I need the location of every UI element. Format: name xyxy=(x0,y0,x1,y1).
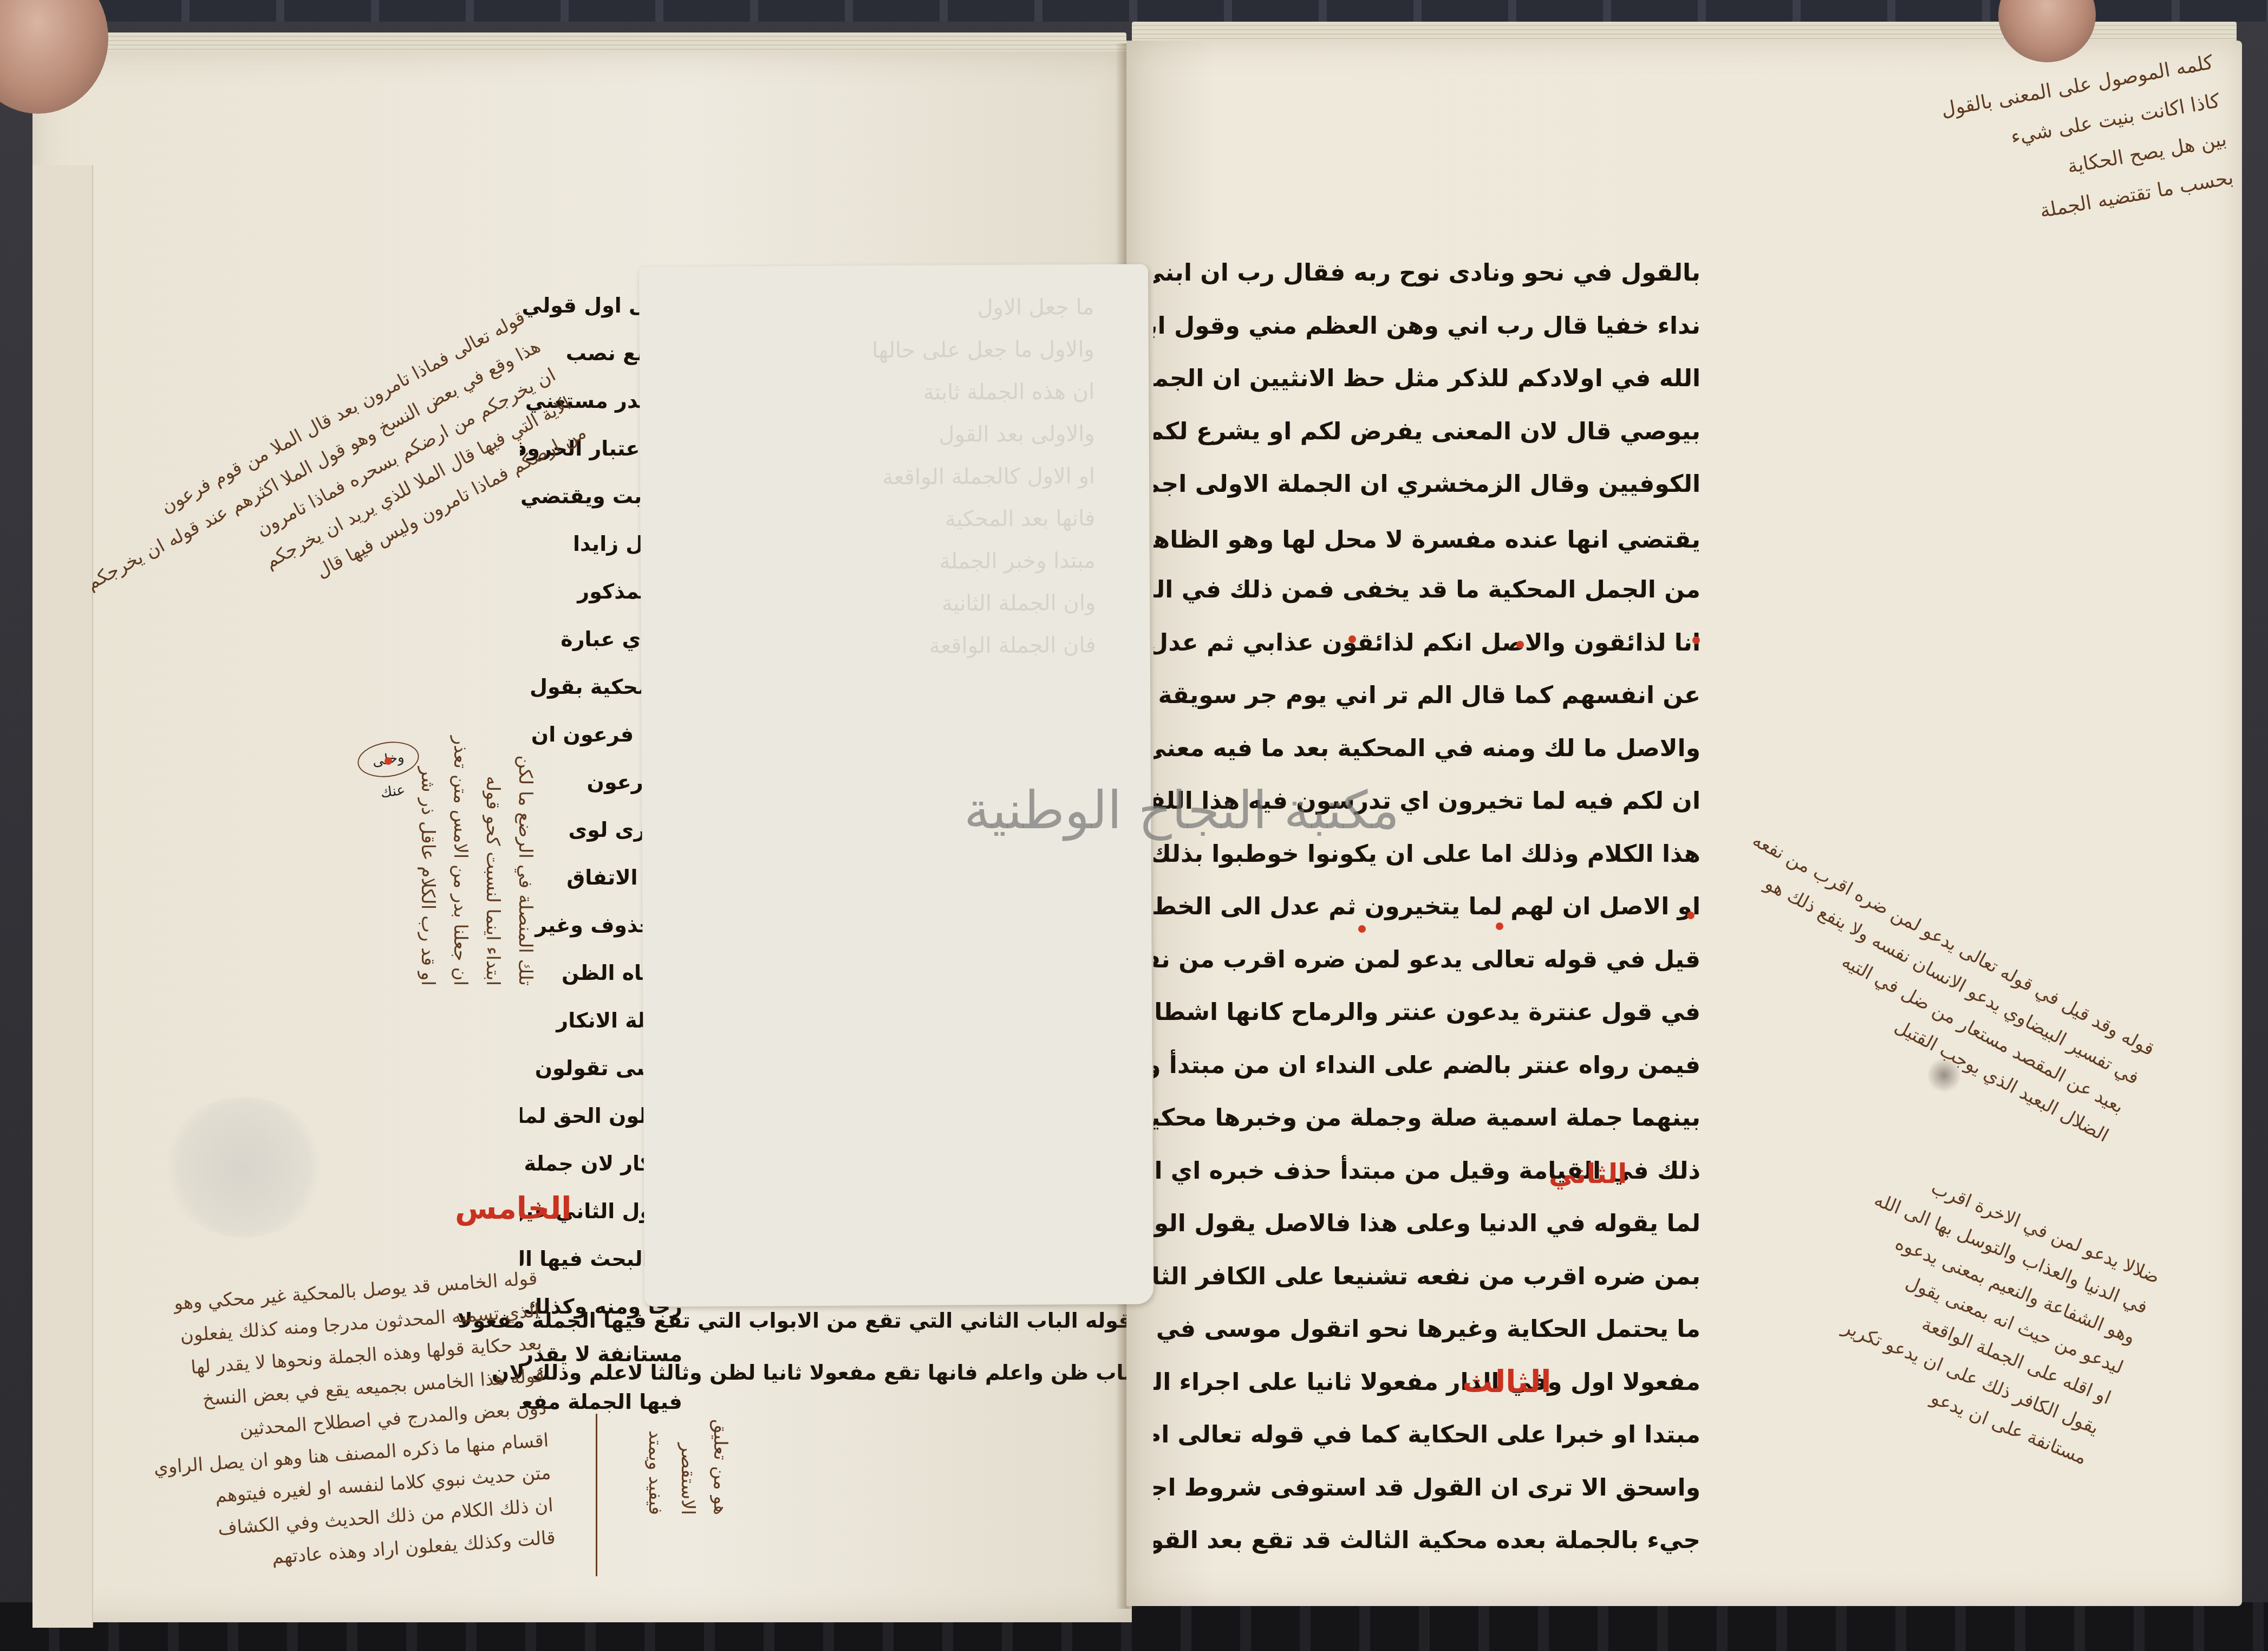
left-bottom-vertical-gloss: هو من تعليق الاستقصر فيفيد ويمتد xyxy=(639,1419,737,1515)
left-bottom-gloss: قوله الخامس قد يوصل بالمحكية غير محكي وه… xyxy=(115,1262,557,1583)
text-line-fragment: يقتضي انها عنده مفسرة لا محل لها وهو الظ… xyxy=(1153,526,1700,554)
rubric-second: الثاني xyxy=(1549,1159,1627,1188)
rubric-fifth: الخامس xyxy=(455,1194,571,1224)
underlying-leaf-edge xyxy=(32,165,93,1628)
ghost-line: ان هذه الجملة ثابتة xyxy=(705,370,1094,415)
text-line: مفعولا اول وفي الدار مفعولا ثانيا على اج… xyxy=(1153,1356,1700,1409)
text-line: بمن ضره اقرب من نفعه تشنيعا على الكافر ا… xyxy=(1153,1250,1700,1303)
text-line: من الجمل المحكية ما قد يخفى فمن ذلك في ا… xyxy=(1153,563,1700,616)
red-marker-dot xyxy=(384,757,392,765)
text-line: ما يحتمل الحكاية وغيرها نحو اتقول موسى ف… xyxy=(1153,1303,1700,1356)
red-verse-marker xyxy=(1496,922,1503,930)
gloss-line: هو من تعليق xyxy=(704,1419,737,1515)
text-line: فيمن رواه عنتر بالضم على النداء ان من مب… xyxy=(1153,1039,1700,1092)
red-verse-marker xyxy=(1687,912,1695,919)
left-bottom-main-text: قوله الباب الثاني التي تقع من الابواب ال… xyxy=(536,1295,1132,1399)
text-line: الله في اولادكم للذكر مثل حظ الانثيين ان… xyxy=(1153,352,1700,405)
gloss-line: فيفيد ويمتد xyxy=(639,1419,672,1515)
red-verse-marker xyxy=(1358,925,1366,933)
ghost-line: ما جعل الاول xyxy=(704,286,1094,330)
red-verse-marker xyxy=(1692,636,1700,644)
text-line: نداء خفيا قال رب اني وهن العظم مني وقول … xyxy=(1153,300,1700,353)
ghost-line: فان الجملة الواقعة xyxy=(706,624,1096,668)
text-line: باب ظن واعلم فانها تقع مفعولا ثانيا لظن … xyxy=(536,1347,1132,1399)
text-line: مبتدا او خبرا على الحكاية كما في قوله تع… xyxy=(1153,1408,1700,1461)
background-keyboard-top xyxy=(0,0,2268,22)
text-line: عن انفسهم كما قال الم تر اني يوم جر سويق… xyxy=(1153,669,1700,722)
rubric-third: الثالث xyxy=(1462,1368,1551,1397)
gloss-bracket-line xyxy=(596,1414,597,1576)
ghost-line: والاول ما جعل على حالها xyxy=(705,328,1094,373)
text-line: بيوصي قال لان المعنى يفرض لكم او يشرع لك… xyxy=(1153,405,1700,458)
red-verse-marker xyxy=(1348,635,1356,643)
right-main-text-column: بالقول في نحو ونادى نوح ربه فقال رب ان ا… xyxy=(1153,246,1700,1567)
text-line: او الاصل ان لهم لما يتخيرون ثم عدل الى ا… xyxy=(1153,880,1700,933)
ghost-line: او الاول كالجملة الواقعة xyxy=(705,455,1095,499)
text-line: جيء بالجملة بعده محكية الثالث قد تقع بعد… xyxy=(1153,1514,1700,1567)
text-line: في قول عنترة يدعون عنتر والرماح كانها اش… xyxy=(1153,986,1700,1039)
text-line: بينهما جملة اسمية صلة وجملة من وخبرها مح… xyxy=(1153,1091,1700,1145)
red-verse-marker xyxy=(1516,641,1524,648)
ghost-line: مبتدا وخبر الجملة xyxy=(706,539,1096,584)
gloss-line: الاستقصر xyxy=(672,1419,704,1515)
ghost-line: والاولى بعد القول xyxy=(705,413,1094,457)
ghost-line: فانها بعد المحكية xyxy=(705,497,1095,542)
text-line: بالقول في نحو ونادى نوح ربه فقال رب ان ا… xyxy=(1153,246,1700,300)
show-through-text: ما جعل الاول والاول ما جعل على حالها ان … xyxy=(704,286,1098,1046)
text-line: يقتضي انها عنده مفسرة لا محل لها وهو الظ… xyxy=(1153,511,1700,564)
library-watermark: مكتبة النجاح الوطنية xyxy=(964,780,1399,841)
ghost-line: وان الجملة الثانية xyxy=(706,582,1096,626)
text-line: الكوفيين وقال الزمخشري ان الجملة الاولى … xyxy=(1153,458,1700,511)
text-line: والاصل ما لك ومنه في المحكية بعد ما فيه … xyxy=(1153,722,1700,775)
text-line: واسحق الا ترى ان القول قد استوفى شروط اج… xyxy=(1153,1461,1700,1514)
left-leaf-edges xyxy=(49,32,1126,54)
text-line: انا لذائقون والاصل انكم لذائقون عذابي ثم… xyxy=(1153,616,1700,669)
faded-library-stamp xyxy=(162,1097,325,1238)
text-line: لما يقوله في الدنيا وعلى هذا فالاصل يقول… xyxy=(1153,1197,1700,1250)
text-line: قيل في قوله تعالى يدعو لمن ضره اقرب من ن… xyxy=(1153,933,1700,986)
gloss-line: او قد رب الكلام عاقل ذر شر xyxy=(412,227,444,986)
oval-note-text: وخلى عنك xyxy=(356,739,425,812)
